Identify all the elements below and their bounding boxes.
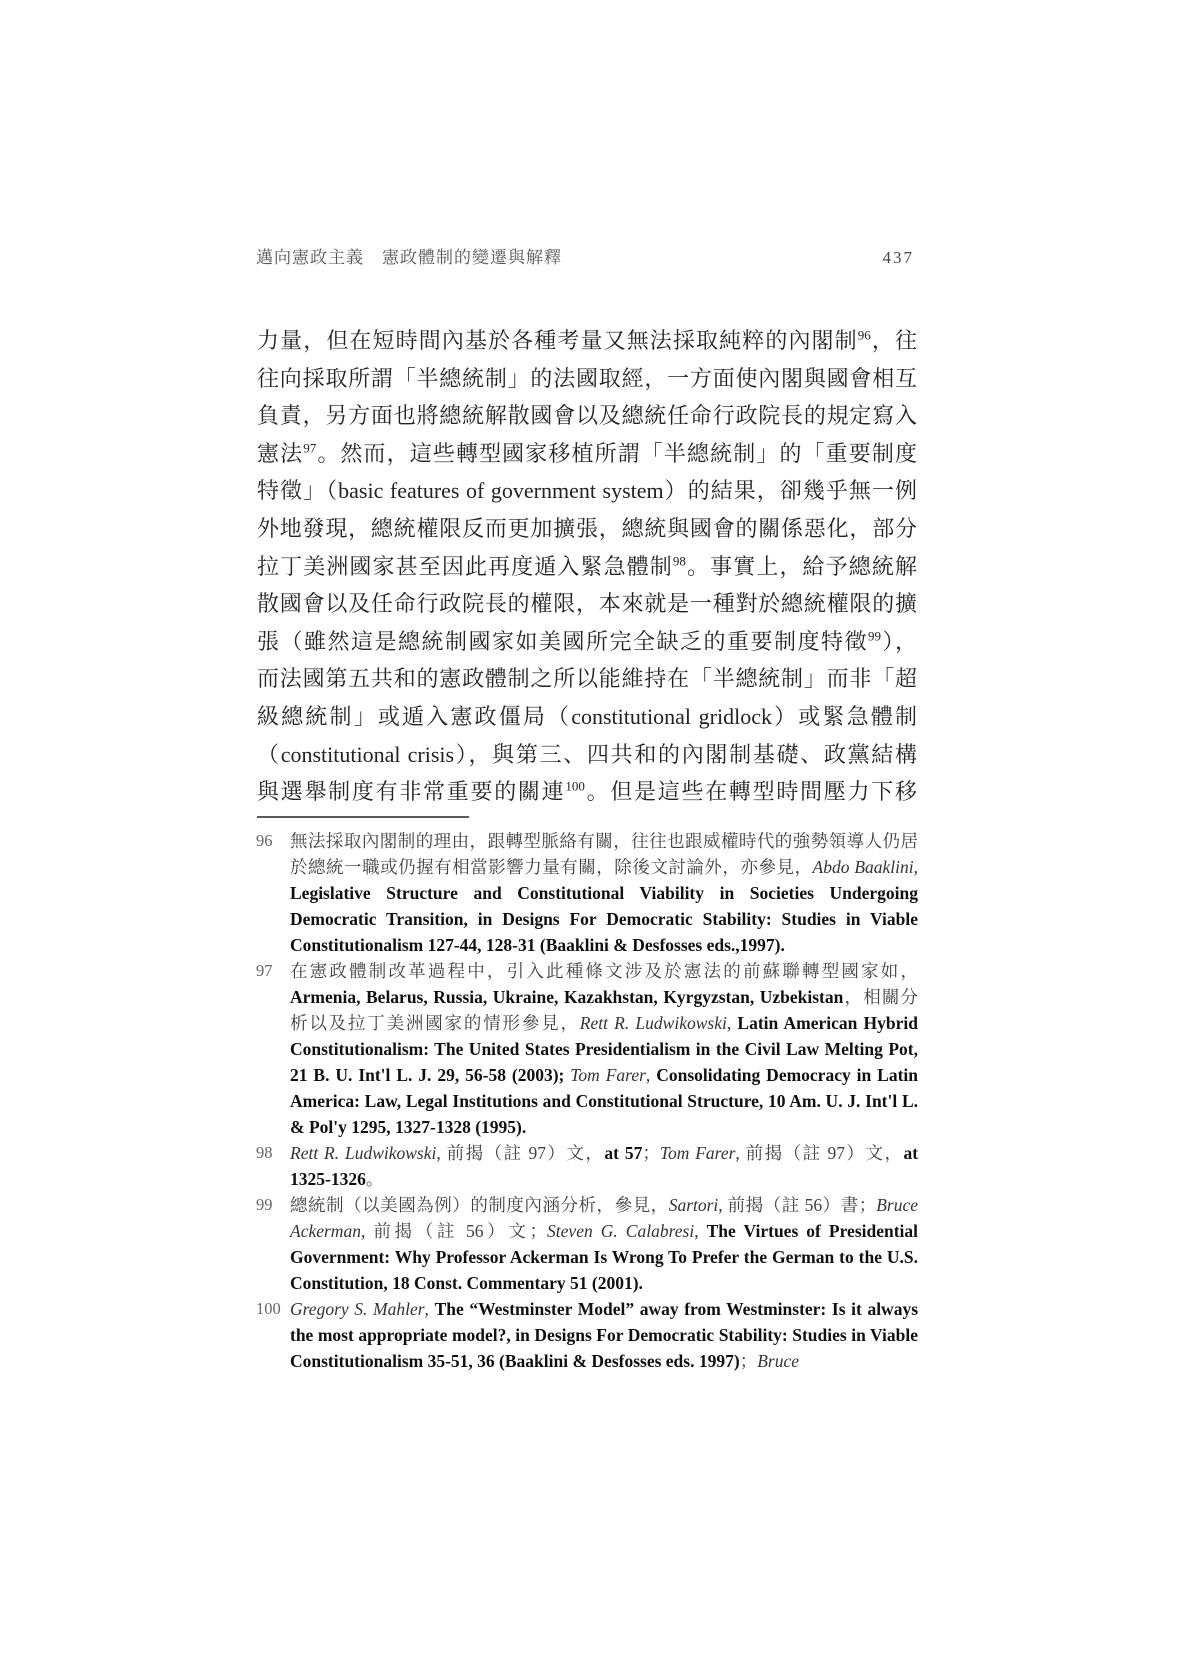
body-text-line: 力量，但在短時間內基於各種考量又無法採取純粹的內閣制96，往 (257, 322, 917, 360)
footnote-text-segment: 前揭（註 97）文， (447, 1143, 605, 1163)
body-text-segment: 負責，另方面也將總統解散國會以及總統任命行政院長的規定寫入 (257, 403, 917, 428)
footnote-number: 99 (256, 1192, 290, 1296)
footnote-ref: 99 (868, 628, 881, 643)
footnote-number: 97 (256, 958, 290, 1140)
footnote-text-segment: Steven G. Calabresi (547, 1221, 694, 1241)
footnote-ref: 97 (303, 440, 316, 455)
footnote-text-segment: ； (740, 1351, 758, 1371)
body-text-segment: 張（雖然這是總統制國家如美國所完全缺乏的重要制度特徵 (257, 629, 868, 654)
footnote-97: 97在憲政體制改革過程中，引入此種條文涉及於憲法的前蘇聯轉型國家如，Armeni… (256, 958, 918, 1140)
footnote-number: 100 (256, 1296, 290, 1374)
body-text-segment: ）， (881, 629, 917, 654)
footnote-text-segment: Armenia, Belarus, Russia, Ukraine, Kazak… (290, 987, 843, 1007)
footnote-98: 98Rett R. Ludwikowski, 前揭（註 97）文，at 57；T… (256, 1140, 918, 1192)
body-text-segment: （constitutional crisis），與第三、四共和的內閣制基礎、政黨… (257, 742, 917, 767)
footnote-text-segment: , (914, 857, 918, 877)
footnote-text-segment: 在憲政體制改革過程中，引入此種條文涉及於憲法的前蘇聯轉型國家如， (290, 961, 918, 981)
footnote-100: 100Gregory S. Mahler, The “Westminster M… (256, 1296, 918, 1374)
footnote-text-segment: , (727, 1013, 738, 1033)
footnote-text-segment: , (694, 1221, 706, 1241)
body-text-segment: 。然而，這些轉型國家移植所謂「半總統制」的「重要制度 (316, 441, 917, 466)
body-text-line: 與選舉制度有非常重要的關連100。但是這些在轉型時間壓力下移 (257, 773, 917, 811)
footnote-text-segment: ； (642, 1143, 660, 1163)
body-text-line: 拉丁美洲國家甚至因此再度遁入緊急體制98。事實上，給予總統解 (257, 548, 917, 586)
body-text-segment: 與選舉制度有非常重要的關連 (257, 779, 565, 804)
footnote-text-segment: 前揭（註 56）文； (373, 1221, 547, 1241)
footnote-text-segment: Gregory S. Mahler (290, 1299, 425, 1319)
body-text-line: 往向採取所謂「半總統制」的法國取經，一方面使內閣與國會相互 (257, 360, 917, 398)
footnote-text-segment: Rett R. Ludwikowski (290, 1143, 436, 1163)
footnote-text: Gregory S. Mahler, The “Westminster Mode… (290, 1296, 918, 1374)
footnote-text: Rett R. Ludwikowski, 前揭（註 97）文，at 57；Tom… (290, 1140, 918, 1192)
document-page: 邁向憲政主義 憲政體制的變遷與解釋 437 力量，但在短時間內基於各種考量又無法… (0, 0, 1177, 1664)
footnote-99: 99總統制（以美國為例）的制度內涵分析，參見，Sartori, 前揭（註 56）… (256, 1192, 918, 1296)
footnote-text-segment: 。 (366, 1169, 384, 1189)
footnote-text-segment: Abdo Baaklini (813, 857, 914, 877)
header-title: 邁向憲政主義 憲政體制的變遷與解釋 (256, 243, 562, 268)
body-text-line: 特徵」（basic features of government system）… (257, 472, 917, 510)
footnote-text: 無法採取內閣制的理由，跟轉型脈絡有關，往往也跟威權時代的強勢領導人仍居於總統一職… (290, 828, 918, 958)
main-paragraph: 力量，但在短時間內基於各種考量又無法採取純粹的內閣制96，往往向採取所謂「半總統… (257, 322, 917, 811)
body-text-segment: 特徵」（basic features of government system）… (257, 478, 917, 503)
body-text-line: 外地發現，總統權限反而更加擴張，總統與國會的關係惡化，部分 (257, 510, 917, 548)
footnote-separator (257, 816, 469, 818)
footnote-text-segment: Bruce (757, 1351, 799, 1371)
footnote-number: 98 (256, 1140, 290, 1192)
footnote-text-segment: Tom Farer (570, 1065, 646, 1085)
footnote-text-segment: , (735, 1143, 745, 1163)
footnote-text-segment: , (425, 1299, 435, 1319)
footnote-text-segment: , (436, 1143, 446, 1163)
body-text-segment: ，往 (871, 328, 917, 353)
footnote-ref: 98 (673, 553, 686, 568)
footnote-text-segment: at 57 (604, 1143, 642, 1163)
footnote-text-segment: Legislative Structure and Constitutional… (290, 883, 918, 955)
footnote-text-segment: 前揭（註 56）書； (728, 1195, 877, 1215)
body-text-segment: 散國會以及任命行政院長的權限，本來就是一種對於總統權限的擴 (257, 591, 917, 616)
body-text-line: 負責，另方面也將總統解散國會以及總統任命行政院長的規定寫入 (257, 397, 917, 435)
footnote-96: 96無法採取內閣制的理由，跟轉型脈絡有關，往往也跟威權時代的強勢領導人仍居於總統… (256, 828, 918, 958)
body-text-line: 張（雖然這是總統制國家如美國所完全缺乏的重要制度特徵99）， (257, 623, 917, 661)
body-text-line: 級總統制」或遁入憲政僵局（constitutional gridlock）或緊急… (257, 698, 917, 736)
footnote-ref: 96 (858, 328, 871, 343)
footnote-text-segment: , (718, 1195, 727, 1215)
body-text-segment: 憲法 (257, 441, 303, 466)
footnote-text-segment: Sartori (669, 1195, 719, 1215)
body-text-segment: 外地發現，總統權限反而更加擴張，總統與國會的關係惡化，部分 (257, 516, 917, 541)
footnote-text-segment: Tom Farer (660, 1143, 736, 1163)
body-text-segment: 。事實上，給予總統解 (686, 554, 917, 579)
body-text-segment: 往向採取所謂「半總統制」的法國取經，一方面使內閣與國會相互 (257, 366, 917, 391)
footnote-number: 96 (256, 828, 290, 958)
page-header: 邁向憲政主義 憲政體制的變遷與解釋 437 (256, 243, 914, 268)
body-text-line: （constitutional crisis），與第三、四共和的內閣制基礎、政黨… (257, 736, 917, 774)
footnote-text-segment: 前揭（註 97）文， (746, 1143, 904, 1163)
footnote-text-segment: , (361, 1221, 373, 1241)
body-text-segment: 。但是這些在轉型時間壓力下移 (585, 779, 917, 804)
footnote-text-segment: 總統制（以美國為例）的制度內涵分析，參見， (290, 1195, 669, 1215)
footnotes-section: 96無法採取內閣制的理由，跟轉型脈絡有關，往往也跟威權時代的強勢領導人仍居於總統… (256, 828, 918, 1374)
body-text-segment: 級總統制」或遁入憲政僵局（constitutional gridlock）或緊急… (257, 704, 917, 729)
footnote-ref: 100 (565, 779, 585, 794)
footnote-text-segment: , (646, 1065, 656, 1085)
body-text-line: 憲法97。然而，這些轉型國家移植所謂「半總統制」的「重要制度 (257, 435, 917, 473)
body-text-line: 而法國第五共和的憲政體制之所以能維持在「半總統制」而非「超 (257, 660, 917, 698)
page-number: 437 (883, 248, 915, 268)
body-text-segment: 力量，但在短時間內基於各種考量又無法採取純粹的內閣制 (257, 328, 858, 353)
body-text-line: 散國會以及任命行政院長的權限，本來就是一種對於總統權限的擴 (257, 585, 917, 623)
footnote-text: 總統制（以美國為例）的制度內涵分析，參見，Sartori, 前揭（註 56）書；… (290, 1192, 918, 1296)
body-text-segment: 而法國第五共和的憲政體制之所以能維持在「半總統制」而非「超 (257, 666, 917, 691)
footnote-text: 在憲政體制改革過程中，引入此種條文涉及於憲法的前蘇聯轉型國家如，Armenia,… (290, 958, 918, 1140)
body-text-segment: 拉丁美洲國家甚至因此再度遁入緊急體制 (257, 554, 673, 579)
footnote-text-segment: Rett R. Ludwikowski (580, 1013, 727, 1033)
